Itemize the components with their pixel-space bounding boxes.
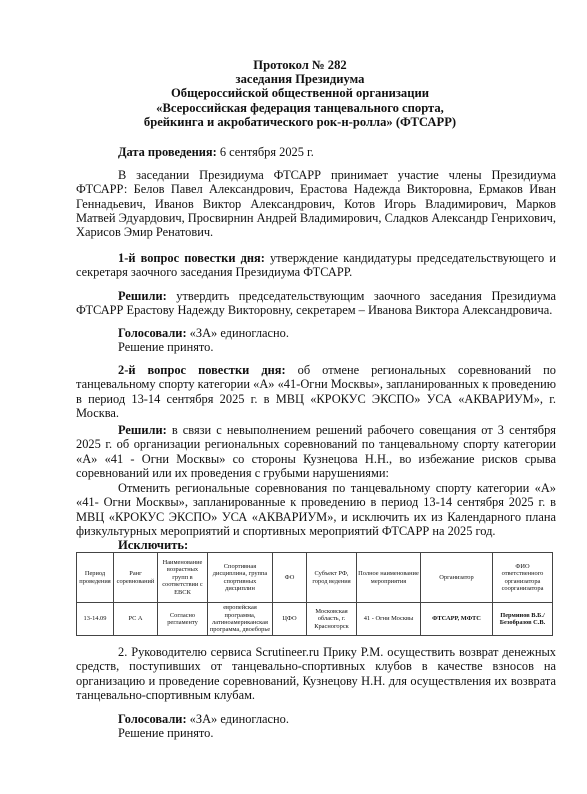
cell-event-name: 41 - Огни Москвы (357, 603, 421, 636)
q2-voted-text: «ЗА» единогласно. (187, 712, 289, 726)
date-value: 6 сентября 2025 г. (217, 145, 314, 159)
header-cell: Ранг соревнований (114, 553, 158, 603)
q2-decided-label: Решили: (118, 423, 167, 437)
title-line: «Всероссийская федерация танцевального с… (100, 101, 500, 115)
exclude-label: Исключить: (118, 538, 188, 553)
date-label: Дата проведения: (118, 145, 217, 159)
q2-decision: Решили: в связи с невыполнением решений … (76, 423, 556, 480)
q2-voted-label: Голосовали: (118, 712, 187, 726)
title-line: Протокол № 282 (100, 58, 500, 72)
table-row: 13-14.09 РС А Согласно регламенту европе… (77, 603, 553, 636)
header-cell: Период проведения (77, 553, 114, 603)
title-line: Общероссийской общественной организации (100, 86, 500, 100)
title-line: брейкинга и акробатического рок-н-ролла»… (100, 115, 500, 129)
cell-fo: ЦФО (273, 603, 307, 636)
cell-age-groups: Согласно регламенту (158, 603, 208, 636)
q1-decision: Решили: утвердить председательствующим з… (76, 289, 556, 318)
table-header-row: Период проведения Ранг соревнований Наим… (77, 553, 553, 603)
header-cell: ФИО ответственного организатора сооргани… (493, 553, 553, 603)
cell-region: Московская область, г. Красногорск (307, 603, 357, 636)
participants-paragraph: В заседании Президиума ФТСАРР принимает … (76, 168, 556, 239)
q1-voted-label: Голосовали: (118, 326, 187, 340)
header-cell: ФО (273, 553, 307, 603)
header-cell: Субъект РФ, город ведения (307, 553, 357, 603)
meeting-date: Дата проведения: 6 сентября 2025 г. (118, 145, 314, 159)
cell-responsible: Перминов В.Б./ Безобразов С.В. (493, 603, 553, 636)
header-cell: Наименование возрастных групп в соответс… (158, 553, 208, 603)
document-title: Протокол № 282 заседания Президиума Обще… (100, 58, 500, 129)
cell-rank: РС А (114, 603, 158, 636)
cell-period: 13-14.09 (77, 603, 114, 636)
excluded-events-table: Период проведения Ранг соревнований Наим… (76, 552, 553, 636)
item2-paragraph: 2. Руководителю сервиса Scrutineer.ru Пр… (76, 645, 556, 702)
q1-vote: Голосовали: «ЗА» единогласно. Решение пр… (118, 326, 289, 355)
title-line: заседания Президиума (100, 72, 500, 86)
header-cell: Спортивная дисциплина, группа спортивных… (208, 553, 273, 603)
document-page: Протокол № 282 заседания Президиума Обще… (0, 0, 587, 794)
q1-decided-label: Решили: (118, 289, 167, 303)
q2-vote: Голосовали: «ЗА» единогласно. Решение пр… (118, 712, 289, 741)
q2-label: 2-й вопрос повестки дня: (118, 363, 286, 377)
q1-voted-text: «ЗА» единогласно. (187, 326, 289, 340)
q1-accepted: Решение принято. (118, 340, 289, 354)
q2-accepted: Решение принято. (118, 726, 289, 740)
q2-cancel-paragraph: Отменить региональные соревнования по та… (76, 481, 556, 538)
q1-paragraph: 1-й вопрос повестки дня: утверждение кан… (76, 251, 556, 280)
header-cell: Организатор (421, 553, 493, 603)
cell-discipline: европейская программа, латиноамериканска… (208, 603, 273, 636)
q1-label: 1-й вопрос повестки дня: (118, 251, 265, 265)
q2-paragraph: 2-й вопрос повестки дня: об отмене регио… (76, 363, 556, 420)
cell-organizer: ФТСАРР, МФТС (421, 603, 493, 636)
header-cell: Полное наименование мероприятия (357, 553, 421, 603)
